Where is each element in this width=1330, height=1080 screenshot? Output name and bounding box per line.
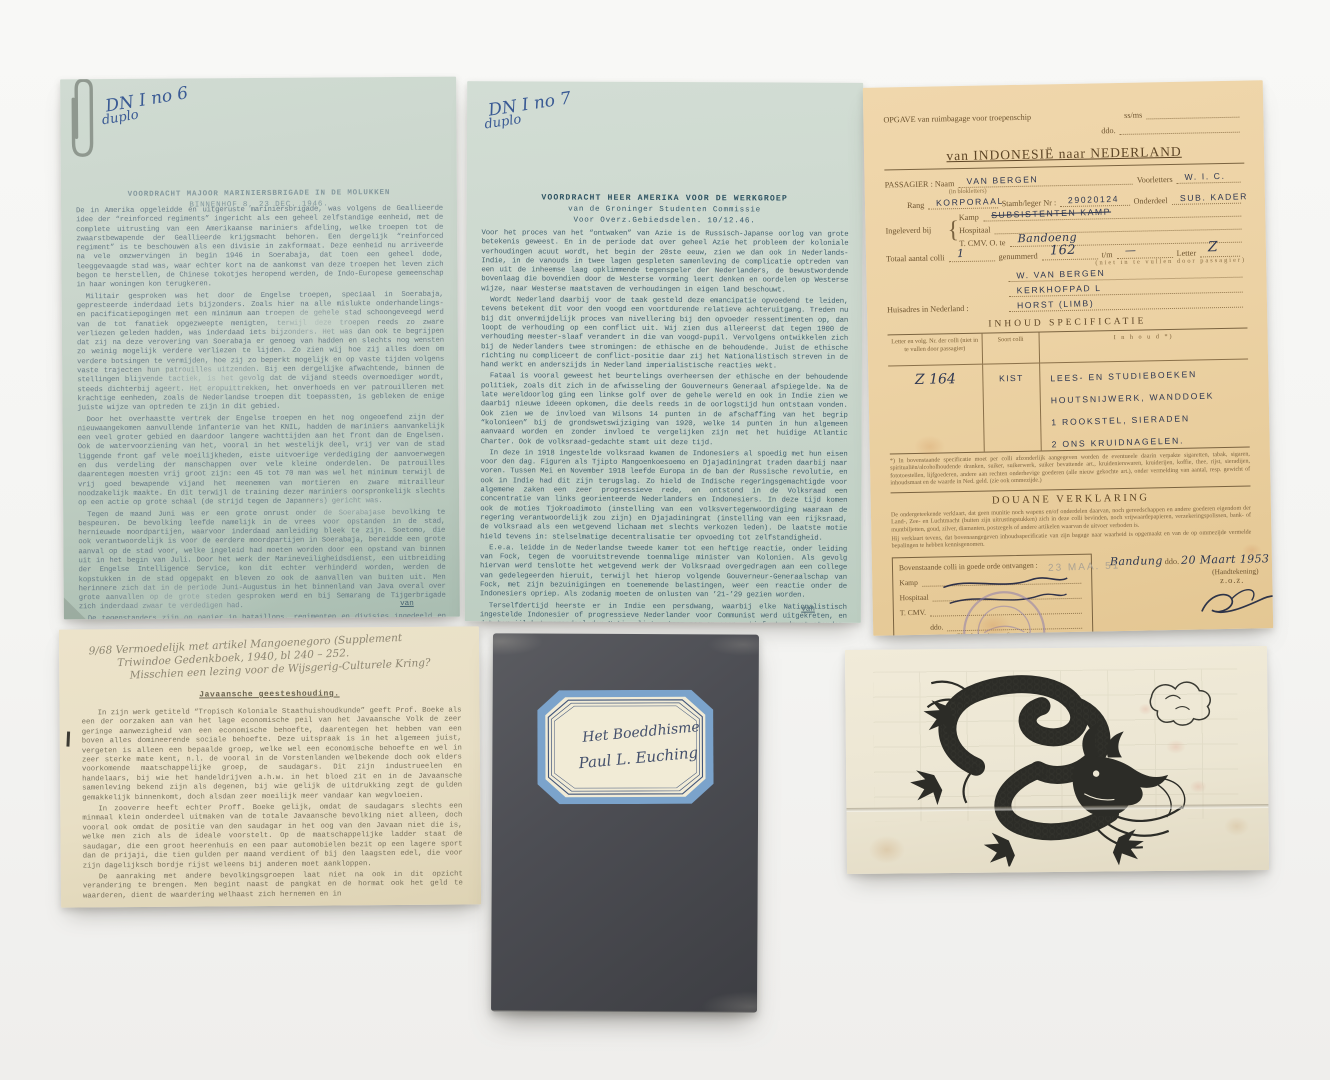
voorletters-value: W. I. C. — [1184, 171, 1225, 182]
ssms-blank — [1146, 107, 1239, 120]
adres-blank2: KERKHOFPAD L — [1009, 282, 1243, 297]
paragraph: In deze in 1918 ingestelde volksraad kwa… — [480, 449, 847, 544]
ddo-blank — [1120, 122, 1240, 135]
inhoud-line: 1 ROOKSTEL, SIERADEN — [1051, 409, 1245, 431]
inhoud-line: 2 ONS KRUIDNAGELEN. — [1051, 431, 1245, 453]
genummerd-blank: 162 — [1042, 248, 1098, 260]
tm-value: — — [1124, 244, 1136, 257]
form-title-text: van INDONESIË naar NEDERLAND — [946, 144, 1182, 164]
paragraph: Voor het proces van het “ontwaken” van A… — [481, 229, 848, 296]
col-header: Soort colli — [983, 333, 1040, 365]
totaal-blank: 1 — [948, 250, 994, 262]
genummerd-value: 162 — [1049, 243, 1075, 259]
genummerd-label: genummerd — [998, 252, 1037, 262]
letter-value: Z — [1208, 239, 1219, 255]
tcmv-label: T. CMV. O. te — [959, 238, 1005, 248]
document-title: VOORDRACHT MAJOOR MARINIERSBRIGADE IN DE… — [61, 189, 457, 200]
folded-corner — [64, 597, 86, 619]
document-mariniersbrigade-lecture: DN I no 6 duplo VOORDRACHT MAJOOR MARINI… — [60, 77, 460, 620]
baggage-declaration-form: OPGAVE van ruimbagage voor troepenschip … — [863, 80, 1273, 636]
photo-of-archival-documents: DN I no 6 duplo VOORDRACHT MAJOOR MARINI… — [0, 0, 1330, 1080]
round-stamp — [957, 585, 1051, 636]
voorletters-blank: W. I. C. — [1176, 172, 1240, 184]
onderdeel-blank: SUB. KADER — [1172, 193, 1242, 205]
receipt-tcmv-label: T. CMV. — [900, 607, 926, 616]
kamp-label: Kamp — [959, 213, 979, 222]
cloud-motif — [1150, 682, 1210, 725]
adres-value3: HORST (LIMB) — [1017, 298, 1095, 310]
kamp-value: SUBSISTENTEN KAMP — [991, 207, 1111, 221]
catchword: van — [801, 606, 815, 614]
adres-value2: KERKHOFPAD L — [1017, 283, 1102, 296]
dragon-illustration — [879, 652, 1237, 867]
document-body: In zijn werk getiteld “Tropisch Kolonial… — [82, 706, 464, 903]
rang-value: KORPORAAL — [936, 196, 1004, 208]
paragraph: De in Amerika opgeleidde en uitgeruste m… — [76, 205, 444, 291]
document-javaansche-geesteshouding: 9/68 Vermoedelijk met artikel Mangoenego… — [59, 626, 481, 907]
paragraph: Tegen de maand Juni was er een grote onr… — [78, 508, 446, 613]
receipt-kamp-label: Kamp — [899, 578, 918, 587]
form-title: van INDONESIË naar NEDERLAND — [884, 143, 1244, 166]
paragraph: Terselfdertijd heerste er in Indie een p… — [480, 602, 847, 623]
handwritten-pencil-note: 9/68 Vermoedelijk met artikel Mangoenego… — [88, 631, 430, 685]
document-body: Voor het proces van het “ontwaken” van A… — [480, 229, 849, 623]
handwritten-archive-number: DN I no 7 duplo — [487, 91, 574, 131]
notebook-label: Het Boeddhisme Paul L. Euching — [537, 690, 713, 805]
dragon-head — [1072, 721, 1185, 818]
stamboek-blank: 29020124 — [1060, 195, 1130, 207]
folded-paper-with-dragon — [845, 646, 1269, 874]
ddo2-label: ddo. — [1165, 557, 1179, 566]
receipt-ddo-label: ddo. — [930, 622, 943, 631]
paragraph: Door het overhaastte vertrek der Engelse… — [77, 413, 445, 509]
document-title: Javaansche geesteshouding. — [59, 688, 479, 700]
zoz-note: z.o.z. — [1220, 575, 1244, 585]
form-content: OPGAVE van ruimbagage voor troepenschip … — [883, 107, 1253, 622]
handwritten-archive-number: DN I no 6 duplo — [105, 86, 192, 127]
col-header: I n h o u d *) — [1040, 329, 1249, 364]
datum-value: 20 Maart 1953 — [1181, 552, 1269, 567]
paragraph: Fataal is vooral geweest het beurtelings… — [481, 373, 848, 449]
huisadres-label: Huisadres in Nederland : — [887, 303, 1005, 314]
document-werkgroep-lecture: DN I no 7 duplo VOORDRACHT HEER AMERIKA … — [465, 81, 863, 623]
opgave-label: OPGAVE van ruimbagage voor troepenschip — [883, 113, 1031, 125]
paragraph: De aanraking met andere bevolkingsgroepe… — [83, 870, 463, 901]
form-header-row2: ddo. — [884, 122, 1244, 140]
tm-label: t/m — [1102, 250, 1113, 259]
footnote-text: *) In bovenstaande specificatie moet per… — [890, 452, 1250, 488]
totaal-value: 1 — [956, 247, 964, 260]
stamboek-value: 29020124 — [1068, 194, 1119, 206]
voorletters-label: Voorletters — [1137, 175, 1173, 185]
paragraph: E.e.a. leidde in de Nederlandse tweede k… — [480, 544, 847, 601]
soort-value: KIST — [987, 373, 1035, 384]
document-subtitle: Voor Overz.Gebiedsdelen. 10/12.46. — [467, 216, 863, 226]
paragraph: In zijn werk getiteld “Tropisch Kolonial… — [82, 706, 463, 803]
adres-blank1: W. VAN BERGEN — [1008, 267, 1242, 282]
inhoud-line: LEES- EN STUDIEBOEKEN — [1050, 365, 1244, 387]
specification-table: Letter en volg. Nr. der colli (niet in t… — [888, 328, 1250, 455]
rang-label: Rang — [907, 201, 924, 210]
paragraph: In zooverre heeft echter Proff. Boeke ge… — [82, 803, 463, 872]
address-row: Huisadres in Nederland : W. VAN BERGEN K… — [886, 267, 1247, 315]
onderdeel-value: SUB. KADER — [1179, 191, 1247, 203]
table-col-nr: Letter en volg. Nr. der colli (niet in t… — [888, 334, 985, 454]
paragraph: Militair gesproken was het door de Engel… — [77, 290, 445, 413]
table-col-soort: Soort colli KIST — [983, 333, 1042, 452]
document-title: VOORDRACHT HEER AMERIKA VOOR DE WERKGROE… — [467, 193, 863, 204]
receipt-hospitaal-label: Hospitaal — [899, 592, 928, 602]
naam-value: VAN BERGEN — [966, 174, 1038, 186]
rang-blank: KORPORAAL — [928, 197, 998, 209]
paragraph: Wordt Nederland daarbij voor de taak ges… — [481, 296, 848, 372]
ssms-label: ss/ms — [1124, 111, 1142, 120]
catchword: van — [400, 600, 414, 608]
paragraph: De tegenstanders zijn op papier in batai… — [79, 612, 446, 619]
paperclip-icon — [66, 77, 101, 168]
ddo-label: ddo. — [1101, 126, 1115, 135]
inhoud-line: HOUTSNIJWERK, WANDDOEK — [1051, 387, 1245, 409]
adres-value1: W. VAN BERGEN — [1016, 268, 1105, 281]
passagier-label: PASSAGIER : Naam — [885, 179, 955, 189]
stamboek-label: Stamb/leger Nr : — [1002, 198, 1057, 208]
document-subtitle: van de Groninger Studenten Commissie — [467, 205, 863, 215]
staple — [66, 732, 70, 747]
document-body: De in Amerika opgeleidde en uitgeruste m… — [76, 205, 446, 620]
totaal-label: Totaal aantal colli — [886, 253, 945, 263]
col-header: Letter en volg. Nr. der colli (niet in t… — [888, 334, 983, 367]
signature-ink — [1197, 585, 1273, 621]
adres-blank3: HORST (LIMB) — [1009, 297, 1243, 312]
table-col-inhoud: I n h o u d *) LEES- EN STUDIEBOEKEN HOU… — [1040, 329, 1250, 451]
tm-blank: — — [1116, 247, 1172, 259]
onderdeel-label: Onderdeel — [1133, 196, 1167, 206]
brace-glyph: { — [947, 219, 959, 241]
ingeleverd-label: Ingeleverd bij — [885, 225, 947, 235]
colli-number-value: Z 164 — [892, 371, 978, 389]
letter-label: Letter — [1176, 249, 1196, 258]
douane-verklaring-heading: DOUANE VERKLARING — [891, 486, 1251, 509]
letter-blank: Z — [1200, 246, 1240, 258]
hospitaal-label: Hospitaal — [959, 225, 991, 235]
notebook-cover: Het Boeddhisme Paul L. Euching — [491, 633, 759, 1012]
